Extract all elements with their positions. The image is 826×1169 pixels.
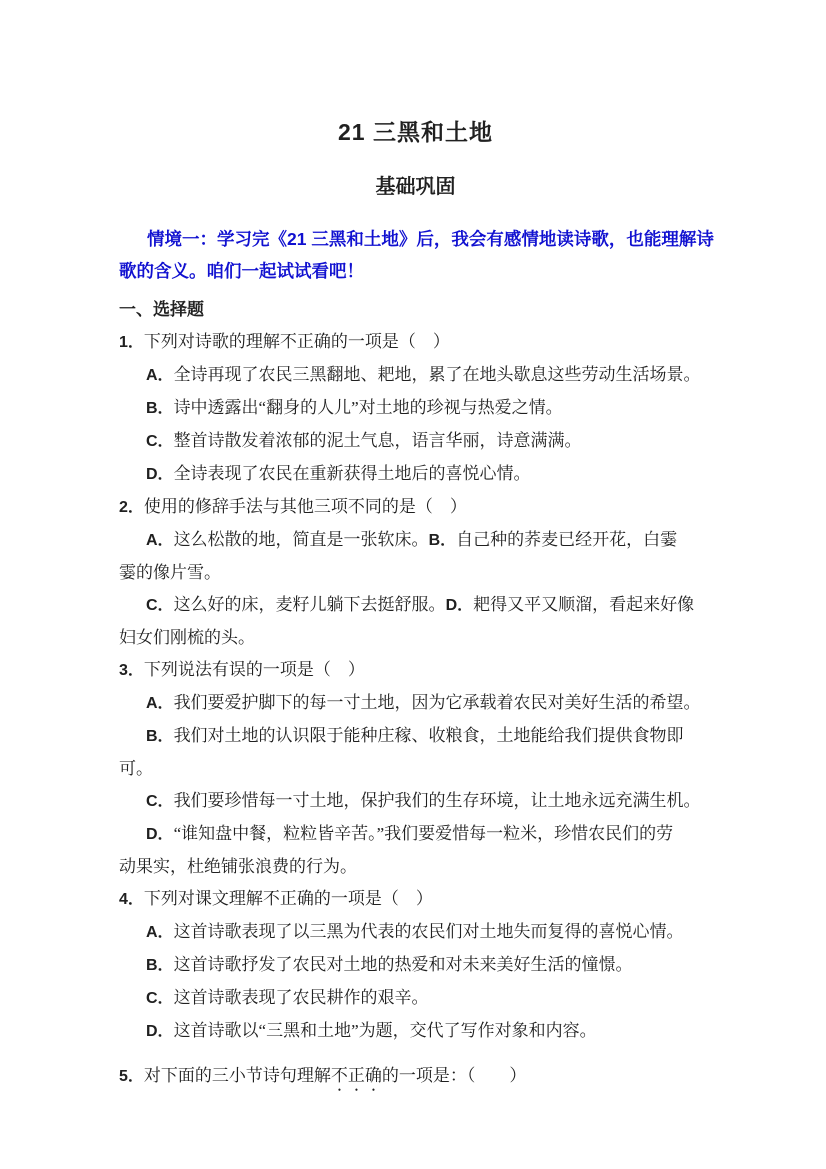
text-run: 全诗再现了农民三黑翻地、耙地，累了在地头歇息这些劳动生活场景。 — [174, 365, 701, 384]
question-number: 1． — [119, 334, 144, 351]
text-run: 我们要爱护脚下的每一寸土地，因为它承载着农民对美好生活的希望。 — [174, 693, 701, 712]
option-continuation: 妇女们刚梳的头。 — [119, 622, 712, 654]
option-label: D． — [146, 466, 174, 483]
lesson-title: 21 三黑和土地 — [119, 120, 712, 144]
document-page: 21 三黑和土地 基础巩固 情境一：学习完《21 三黑和土地》后，我会有感情地读… — [0, 0, 826, 1169]
option-label: D． — [446, 597, 474, 614]
text-run: 下列对课文理解不正确的一项是（ ） — [144, 889, 433, 908]
option-label: A． — [146, 695, 174, 712]
question-1: 1．下列对诗歌的理解不正确的一项是（ ）A．全诗再现了农民三黑翻地、耙地，累了在… — [119, 326, 712, 491]
question-stem: 1．下列对诗歌的理解不正确的一项是（ ） — [119, 326, 712, 359]
scenario-banner: 情境一：学习完《21 三黑和土地》后，我会有感情地读诗歌，也能理解诗 歌的含义。… — [119, 223, 712, 287]
question-stem: 3．下列说法有误的一项是（ ） — [119, 654, 712, 687]
scenario-line: 情境一：学习完《21 三黑和土地》后，我会有感情地读诗歌，也能理解诗 — [119, 223, 712, 255]
option-line: A．这么松散的地，简直是一张软床。B．自己种的荞麦已经开花，白霎 — [119, 524, 712, 557]
text-run: 下列说法有误的一项是（ ） — [144, 660, 365, 679]
option-label: B． — [146, 400, 174, 417]
section-heading-choice: 一、选择题 — [119, 294, 712, 326]
text-run: 我们对土地的认识限于能种庄稼、收粮食，土地能给我们提供食物即 — [174, 726, 684, 745]
text-run: 这么好的床，麦籽儿躺下去挺舒服。 — [174, 595, 446, 614]
text-run: 霎的像片雪。 — [119, 563, 221, 582]
practice-section-title: 基础巩固 — [119, 177, 712, 198]
question-4: 4．下列对课文理解不正确的一项是（ ）A．这首诗歌表现了以三黑为代表的农民们对土… — [119, 883, 712, 1048]
question-2: 2．使用的修辞手法与其他三项不同的是（ ）A．这么松散的地，简直是一张软床。B．… — [119, 491, 712, 654]
option-label: C． — [146, 433, 174, 450]
question-stem: 5．对下面的三小节诗句理解不正确的一项是：（ ） — [119, 1060, 712, 1095]
option-continuation: 动果实，杜绝铺张浪费的行为。 — [119, 851, 712, 883]
option-line: D．这首诗歌以“三黑和土地”为题，交代了写作对象和内容。 — [119, 1015, 712, 1048]
question-number: 5． — [119, 1068, 144, 1085]
option-line: A．这首诗歌表现了以三黑为代表的农民们对土地失而复得的喜悦心情。 — [119, 916, 712, 949]
option-label: B． — [429, 532, 457, 549]
option-line: D．“谁知盘中餐，粒粒皆辛苦。”我们要爱惜每一粒米，珍惜农民们的劳 — [119, 818, 712, 851]
option-label: B． — [146, 728, 174, 745]
text-run: 使用的修辞手法与其他三项不同的是（ ） — [144, 497, 467, 516]
option-line: C．这么好的床，麦籽儿躺下去挺舒服。D．耙得又平又顺溜，看起来好像 — [119, 589, 712, 622]
question-list: 1．下列对诗歌的理解不正确的一项是（ ）A．全诗再现了农民三黑翻地、耙地，累了在… — [119, 326, 712, 1095]
option-line: C．我们要珍惜每一寸土地，保护我们的生存环境，让土地永远充满生机。 — [119, 785, 712, 818]
option-line: A．全诗再现了农民三黑翻地、耙地，累了在地头歇息这些劳动生活场景。 — [119, 359, 712, 392]
question-5: 5．对下面的三小节诗句理解不正确的一项是：（ ） — [119, 1060, 712, 1095]
option-line: C．整首诗散发着浓郁的泥土气息，语言华丽，诗意满满。 — [119, 425, 712, 458]
option-label: C． — [146, 990, 174, 1007]
text-run: 我们要珍惜每一寸土地，保护我们的生存环境，让土地永远充满生机。 — [174, 791, 701, 810]
text-run: 的一项是：（ ） — [382, 1066, 527, 1085]
option-label: C． — [146, 793, 174, 810]
text-run: 自己种的荞麦已经开花，白霎 — [456, 530, 677, 549]
text-run: 全诗表现了农民在重新获得土地后的喜悦心情。 — [174, 464, 531, 483]
option-line: B．诗中透露出“翻身的人儿”对土地的珍视与热爱之情。 — [119, 392, 712, 425]
text-run: 这首诗歌以“三黑和土地”为题，交代了写作对象和内容。 — [174, 1021, 597, 1040]
option-continuation: 霎的像片雪。 — [119, 557, 712, 589]
option-label: B． — [146, 957, 174, 974]
text-run: 耙得又平又顺溜，看起来好像 — [473, 595, 694, 614]
text-run: 这首诗歌表现了农民耕作的艰辛。 — [174, 988, 429, 1007]
text-run: 诗中透露出“翻身的人儿”对土地的珍视与热爱之情。 — [174, 398, 563, 417]
text-run: “谁知盘中餐，粒粒皆辛苦。”我们要爱惜每一粒米，珍惜农民们的劳 — [174, 824, 674, 843]
text-run: 妇女们刚梳的头。 — [119, 628, 255, 647]
question-stem: 4．下列对课文理解不正确的一项是（ ） — [119, 883, 712, 916]
option-label: A． — [146, 367, 174, 384]
question-number: 2． — [119, 499, 144, 516]
option-label: D． — [146, 826, 174, 843]
option-line: B．这首诗歌抒发了农民对土地的热爱和对未来美好生活的憧憬。 — [119, 949, 712, 982]
option-label: C． — [146, 597, 174, 614]
emphasized-text: 不正确 — [331, 1066, 382, 1085]
option-line: C．这首诗歌表现了农民耕作的艰辛。 — [119, 982, 712, 1015]
text-run: 整首诗散发着浓郁的泥土气息，语言华丽，诗意满满。 — [174, 431, 582, 450]
text-run: 这么松散的地，简直是一张软床。 — [174, 530, 429, 549]
text-run: 这首诗歌抒发了农民对土地的热爱和对未来美好生活的憧憬。 — [174, 955, 633, 974]
scenario-line: 歌的含义。咱们一起试试看吧！ — [119, 255, 712, 287]
text-run: 动果实，杜绝铺张浪费的行为。 — [119, 857, 357, 876]
text-run: 下列对诗歌的理解不正确的一项是（ ） — [144, 332, 450, 351]
option-line: B．我们对土地的认识限于能种庄稼、收粮食，土地能给我们提供食物即 — [119, 720, 712, 753]
question-number: 4． — [119, 891, 144, 908]
question-stem: 2．使用的修辞手法与其他三项不同的是（ ） — [119, 491, 712, 524]
text-run: 可。 — [119, 759, 153, 778]
option-line: A．我们要爱护脚下的每一寸土地，因为它承载着农民对美好生活的希望。 — [119, 687, 712, 720]
option-label: A． — [146, 924, 174, 941]
question-number: 3． — [119, 662, 144, 679]
option-label: A． — [146, 532, 174, 549]
option-label: D． — [146, 1023, 174, 1040]
option-continuation: 可。 — [119, 753, 712, 785]
question-3: 3．下列说法有误的一项是（ ）A．我们要爱护脚下的每一寸土地，因为它承载着农民对… — [119, 654, 712, 883]
option-line: D．全诗表现了农民在重新获得土地后的喜悦心情。 — [119, 458, 712, 491]
text-run: 对下面的三小节诗句理解 — [144, 1066, 331, 1085]
text-run: 这首诗歌表现了以三黑为代表的农民们对土地失而复得的喜悦心情。 — [174, 922, 684, 941]
